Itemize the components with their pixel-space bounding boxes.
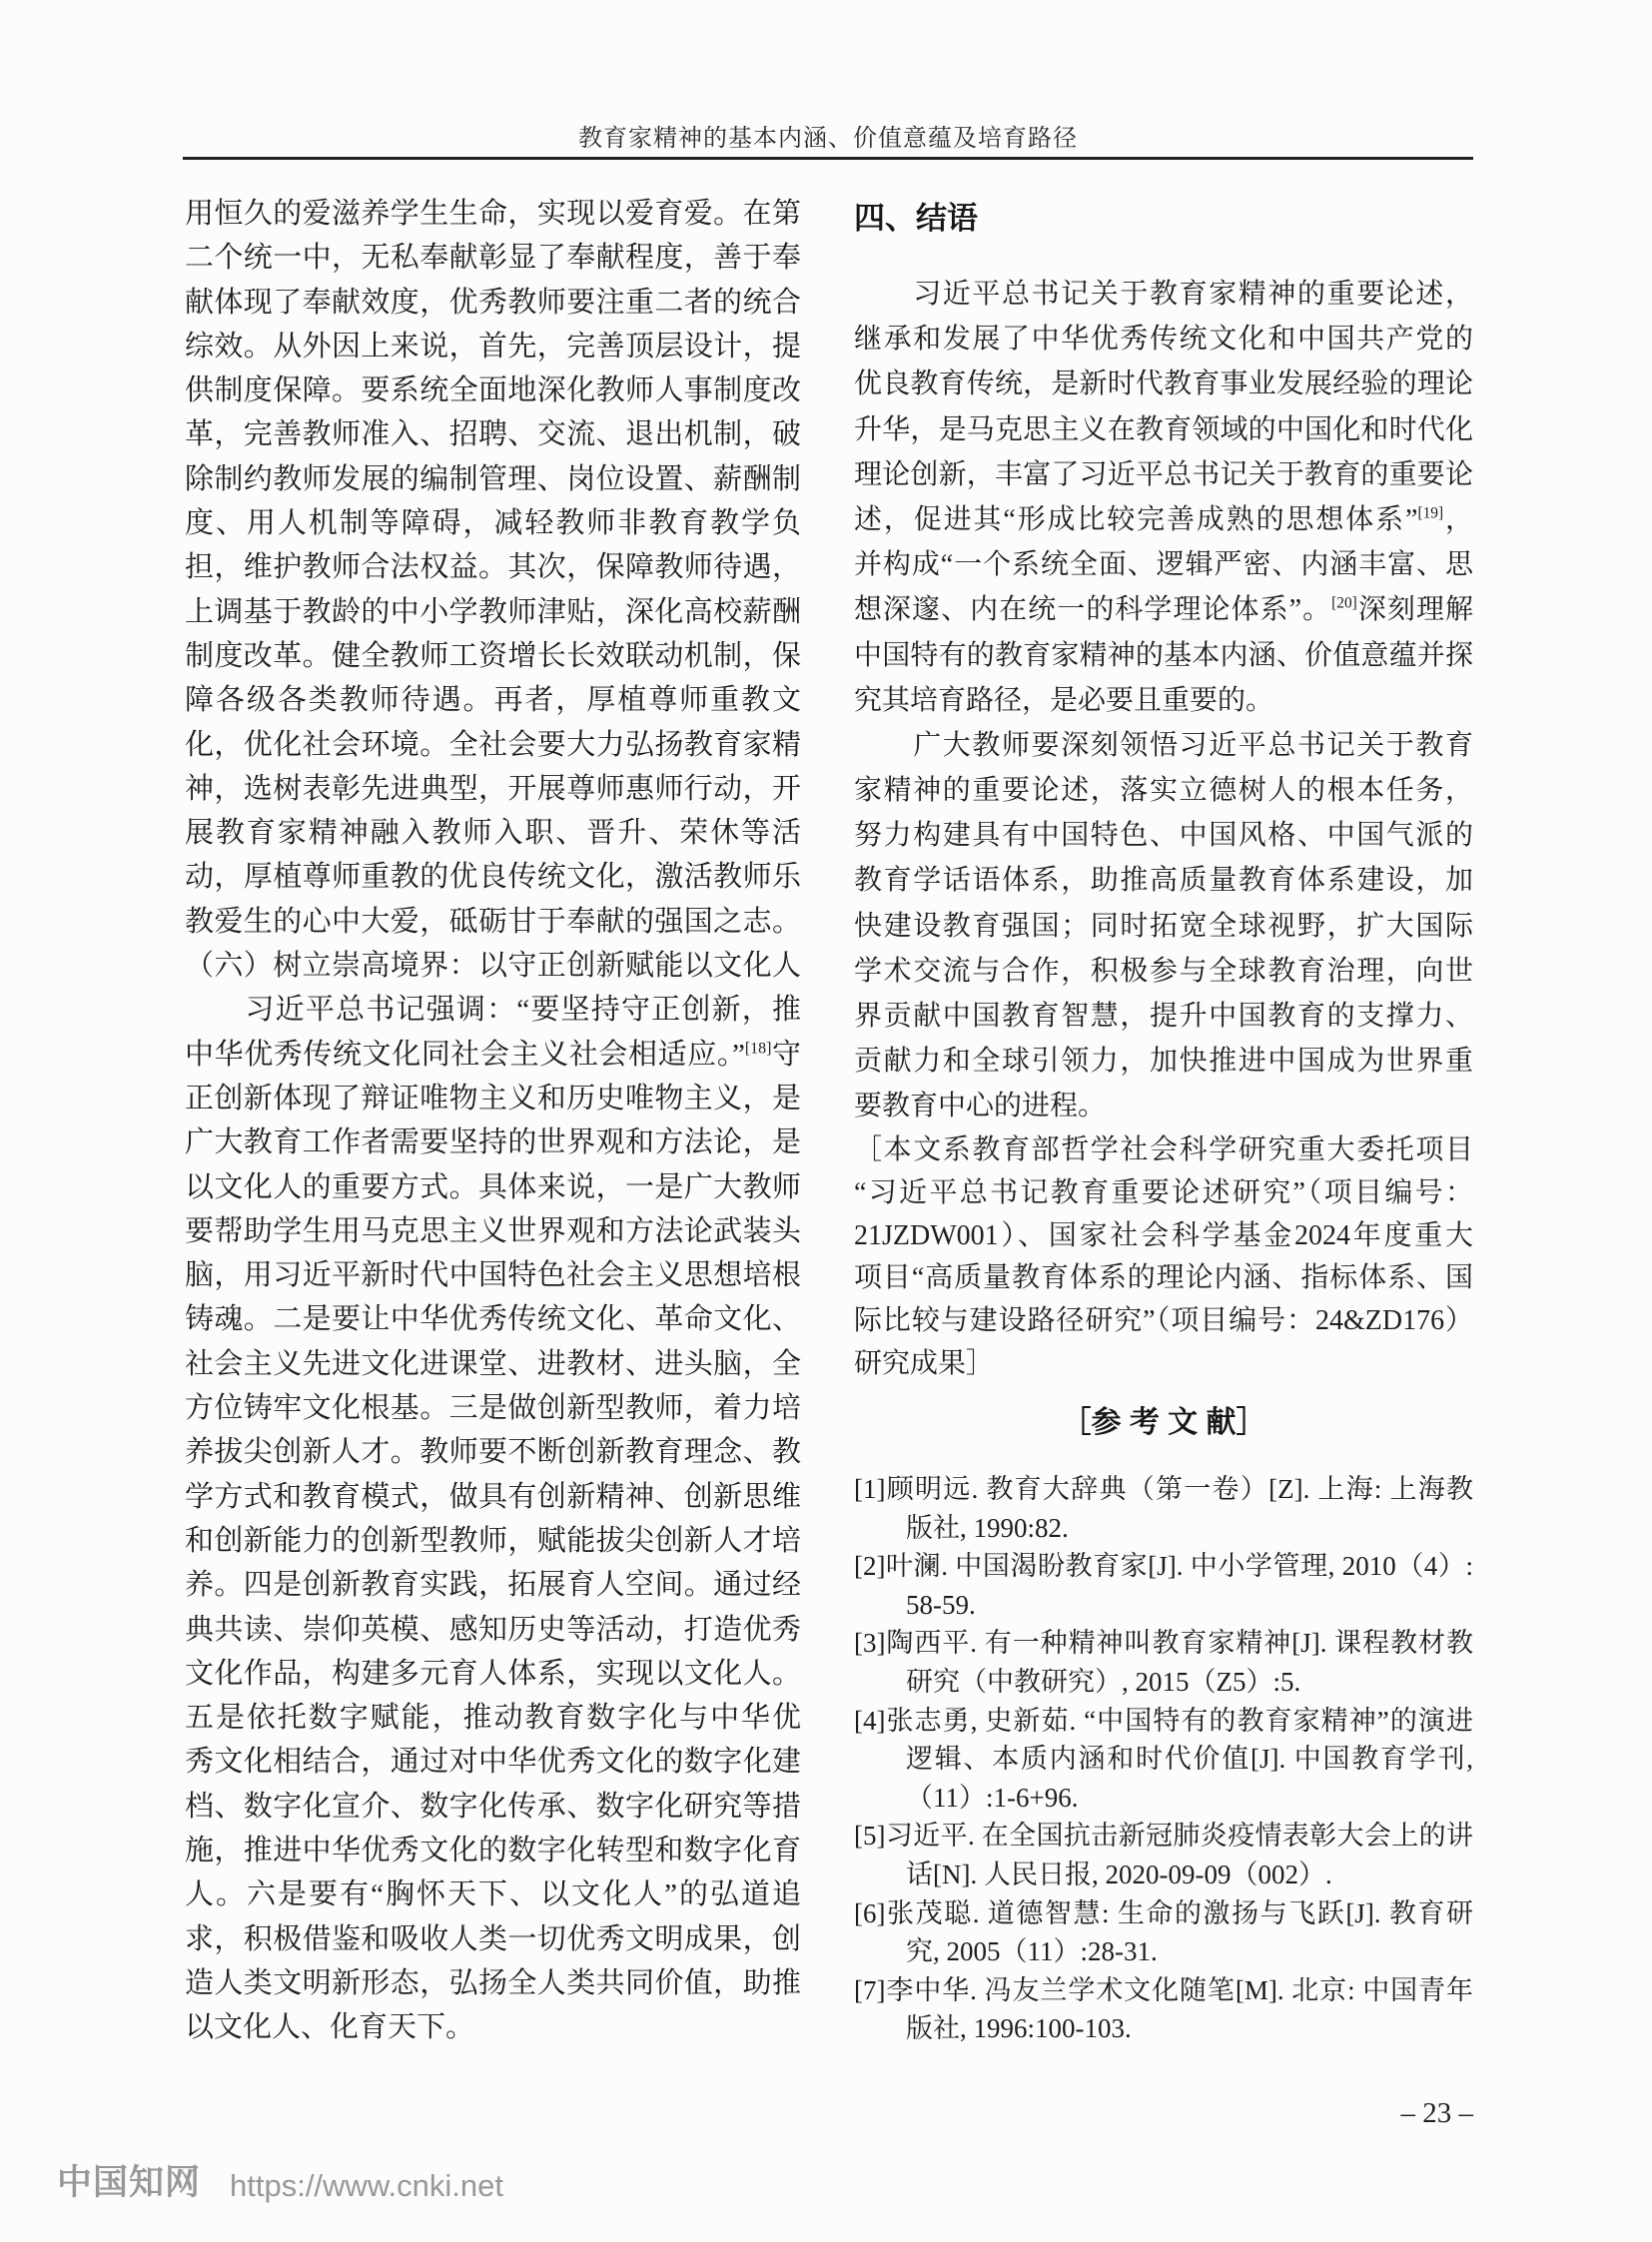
text-line: 上调基于教龄的中小学教师津贴，深化高校薪酬 bbox=[185, 590, 801, 634]
text-line: 际比较与建设路径研究”（项目编号：24&ZD176） bbox=[854, 1300, 1473, 1343]
text-line: 以文化人的重要方式。具体来说，一是广大教师 bbox=[185, 1165, 801, 1209]
reference-item: [1]顾明远. 教育大辞典（第一卷）[Z]. 上海: 上海教育出版社, 1990… bbox=[854, 1470, 1473, 1547]
text-line: 优良教育传统，是新时代教育事业发展经验的理论 bbox=[854, 362, 1473, 406]
text-line: 研究成果］ bbox=[854, 1343, 1473, 1386]
text-line: 革，完善教师准入、招聘、交流、退出机制，破 bbox=[185, 412, 801, 456]
text-line: 秀文化相结合，通过对中华优秀文化的数字化建 bbox=[185, 1740, 801, 1784]
reference-item: [2]叶澜. 中国渴盼教育家[J]. 中小学管理, 2010（4）:58-59. bbox=[854, 1547, 1473, 1624]
reference-item: [6]张茂聪. 道德智慧: 生命的激扬与飞跃[J]. 教育研究, 2005（11… bbox=[854, 1894, 1473, 1971]
text-line: 展教育家精神融入教师入职、晋升、荣休等活 bbox=[185, 811, 801, 855]
text-line: 以文化人、化育天下。 bbox=[185, 2005, 801, 2049]
left-paragraph-2: 习近平总书记强调：“要坚持守正创新，推动中华优秀传统文化同社会主义社会相适应。”… bbox=[185, 988, 801, 2049]
text-line: 中华优秀传统文化同社会主义社会相适应。”[18]守 bbox=[185, 1033, 801, 1077]
funding-note: ［本文系教育部哲学社会科学研究重大委托项目“习近平总书记教育重要论述研究”（项目… bbox=[854, 1129, 1473, 1386]
text-line: 教育学话语体系，助推高质量教育体系建设，加 bbox=[854, 858, 1473, 903]
text-line: 项目“高质量教育体系的理论内涵、指标体系、国 bbox=[854, 1257, 1473, 1300]
text-line: 习近平总书记强调：“要坚持守正创新，推动 bbox=[185, 988, 801, 1032]
text-line: 造人类文明新形态，弘扬全人类共同价值，助推 bbox=[185, 1961, 801, 2005]
text-line: “习近平总书记教育重要论述研究”（项目编号： bbox=[854, 1172, 1473, 1215]
text-line: 供制度保障。要系统全面地深化教师人事制度改 bbox=[185, 369, 801, 412]
text-line: 想深邃、内在统一的科学理论体系”。[20]深刻理解 bbox=[854, 587, 1473, 632]
text-line: 脑，用习近平新时代中国特色社会主义思想培根 bbox=[185, 1253, 801, 1297]
reference-line: [5]习近平. 在全国抗击新冠肺炎疫情表彰大会上的讲 bbox=[854, 1817, 1473, 1856]
text-line: 养拔尖创新人才。教师要不断创新教育理念、教 bbox=[185, 1430, 801, 1474]
text-line: 广大教师要深刻领悟习近平总书记关于教育 bbox=[854, 723, 1473, 768]
reference-line: 58-59. bbox=[854, 1586, 1473, 1625]
text-line: 人。六是要有“胸怀天下、以文化人”的弘道追 bbox=[185, 1872, 801, 1916]
reference-line: 逻辑、本质内涵和时代价值[J]. 中国教育学刊, 2023 bbox=[854, 1740, 1473, 1779]
text-line: 铸魂。二是要让中华优秀传统文化、革命文化、 bbox=[185, 1297, 801, 1341]
reference-line: [6]张茂聪. 道德智慧: 生命的激扬与飞跃[J]. 教育研 bbox=[854, 1894, 1473, 1933]
text-line: 快建设教育强国；同时拓宽全球视野，扩大国际 bbox=[854, 904, 1473, 949]
text-line: 学术交流与合作，积极参与全球教育治理，向世 bbox=[854, 949, 1473, 994]
text-line: 文化作品，构建多元育人体系，实现以文化人。 bbox=[185, 1652, 801, 1696]
text-line: 要教育中心的进程。 bbox=[854, 1084, 1473, 1128]
reference-line: 究, 2005（11）:28-31. bbox=[854, 1932, 1473, 1971]
text-line: 并构成“一个系统全面、逻辑严密、内涵丰富、思 bbox=[854, 542, 1473, 587]
cnki-url: https://www.cnki.net bbox=[230, 2167, 503, 2205]
text-line: 和创新能力的创新型教师，赋能拔尖创新人才培 bbox=[185, 1519, 801, 1563]
page-number: – 23 – bbox=[1174, 2093, 1473, 2133]
reference-line: [7]李中华. 冯友兰学术文化随笔[M]. 北京: 中国青年出 bbox=[854, 1971, 1473, 2010]
header-divider bbox=[183, 157, 1473, 160]
left-paragraph-1: 用恒久的爱滋养学生生命，实现以爱育爱。在第二个统一中，无私奉献彰显了奉献程度，善… bbox=[185, 192, 801, 944]
text-line: 除制约教师发展的编制管理、岗位设置、薪酬制 bbox=[185, 457, 801, 501]
text-line: 习近平总书记关于教育家精神的重要论述， bbox=[854, 272, 1473, 317]
reference-item: [5]习近平. 在全国抗击新冠肺炎疫情表彰大会上的讲话[N]. 人民日报, 20… bbox=[854, 1817, 1473, 1893]
reference-line: [1]顾明远. 教育大辞典（第一卷）[Z]. 上海: 上海教育出 bbox=[854, 1470, 1473, 1509]
reference-line: 研究（中教研究）, 2015（Z5）:5. bbox=[854, 1663, 1473, 1702]
running-title: 教育家精神的基本内涵、价值意蕴及培育路径 bbox=[183, 122, 1473, 156]
reference-line: 版社, 1996:100-103. bbox=[854, 2009, 1473, 2048]
reference-item: [7]李中华. 冯友兰学术文化随笔[M]. 北京: 中国青年出版社, 1996:… bbox=[854, 1971, 1473, 2048]
text-line: 综效。从外因上来说，首先，完善顶层设计，提 bbox=[185, 325, 801, 369]
text-line: 究其培育路径，是必要且重要的。 bbox=[854, 678, 1473, 723]
reference-line: [3]陶西平. 有一种精神叫教育家精神[J]. 课程教材教学 bbox=[854, 1624, 1473, 1663]
text-line: 求，积极借鉴和吸收人类一切优秀文明成果，创 bbox=[185, 1917, 801, 1961]
text-line: 化，优化社会环境。全社会要大力弘扬教育家精 bbox=[185, 723, 801, 767]
text-line: 家精神的重要论述，落实立德树人的根本任务， bbox=[854, 768, 1473, 813]
text-line: 广大教育工作者需要坚持的世界观和方法论，是 bbox=[185, 1121, 801, 1164]
text-line: 界贡献中国教育智慧，提升中国教育的支撑力、 bbox=[854, 994, 1473, 1039]
text-line: 五是依托数字赋能，推动教育数字化与中华优 bbox=[185, 1696, 801, 1740]
text-line: 教爱生的心中大爱，砥砺甘于奉献的强国之志。 bbox=[185, 900, 801, 944]
section-heading-six: （六）树立崇高境界：以守正创新赋能以文化人 bbox=[185, 944, 801, 988]
text-line: 要帮助学生用马克思主义世界观和方法论武装头 bbox=[185, 1209, 801, 1253]
reference-line: [4]张志勇, 史新茹. “中国特有的教育家精神”的演进 bbox=[854, 1702, 1473, 1741]
text-line: 献体现了奉献效度，优秀教师要注重二者的统合 bbox=[185, 281, 801, 325]
text-line: 学方式和教育模式，做具有创新精神、创新思维 bbox=[185, 1475, 801, 1519]
reference-item: [4]张志勇, 史新茹. “中国特有的教育家精神”的演进逻辑、本质内涵和时代价值… bbox=[854, 1702, 1473, 1818]
text-line: 制度改革。健全教师工资增长长效联动机制，保 bbox=[185, 634, 801, 678]
text-line: 21JZDW001）、国家社会科学基金2024年度重大 bbox=[854, 1215, 1473, 1258]
reference-line: 版社, 1990:82. bbox=[854, 1509, 1473, 1548]
text-line: 典共读、崇仰英模、感知历史等活动，打造优秀 bbox=[185, 1608, 801, 1652]
paper-page: 教育家精神的基本内涵、价值意蕴及培育路径 用恒久的爱滋养学生生命，实现以爱育爱。… bbox=[0, 0, 1652, 2242]
text-line: 度、用人机制等障碍，减轻教师非教育教学负 bbox=[185, 501, 801, 545]
text-line: 升华，是马克思主义在教育领域的中国化和时代化 bbox=[854, 407, 1473, 452]
conclusion-paragraph-2: 广大教师要深刻领悟习近平总书记关于教育家精神的重要论述，落实立德树人的根本任务，… bbox=[854, 723, 1473, 1129]
reference-line: [2]叶澜. 中国渴盼教育家[J]. 中小学管理, 2010（4）: bbox=[854, 1547, 1473, 1586]
text-line: ［本文系教育部哲学社会科学研究重大委托项目 bbox=[854, 1129, 1473, 1172]
reference-line: 话[N]. 人民日报, 2020-09-09（002）. bbox=[854, 1856, 1473, 1894]
reference-line: （11）:1-6+96. bbox=[854, 1779, 1473, 1818]
text-line: 施，推进中华优秀文化的数字化转型和数字化育 bbox=[185, 1829, 801, 1872]
cnki-logo: 中国知网 bbox=[57, 2162, 201, 2204]
text-line: 继承和发展了中华优秀传统文化和中国共产党的 bbox=[854, 317, 1473, 362]
text-line: 动，厚植尊师重教的优良传统文化，激活教师乐 bbox=[185, 855, 801, 899]
text-line: 贡献力和全球引领力，加快推进中国成为世界重 bbox=[854, 1039, 1473, 1084]
text-line: 担，维护教师合法权益。其次，保障教师待遇， bbox=[185, 545, 801, 589]
text-line: 障各级各类教师待遇。再者，厚植尊师重教文 bbox=[185, 678, 801, 722]
left-column: 用恒久的爱滋养学生生命，实现以爱育爱。在第二个统一中，无私奉献彰显了奉献程度，善… bbox=[185, 192, 801, 2049]
right-column: 四、结语 习近平总书记关于教育家精神的重要论述，继承和发展了中华优秀传统文化和中… bbox=[854, 198, 1473, 1129]
text-line: 理论创新，丰富了习近平总书记关于教育的重要论 bbox=[854, 452, 1473, 497]
conclusion-heading: 四、结语 bbox=[854, 198, 1473, 240]
text-line: 二个统一中，无私奉献彰显了奉献程度，善于奉 bbox=[185, 236, 801, 280]
text-line: 社会主义先进文化进课堂、进教材、进头脑，全 bbox=[185, 1342, 801, 1386]
conclusion-paragraph-1: 习近平总书记关于教育家精神的重要论述，继承和发展了中华优秀传统文化和中国共产党的… bbox=[854, 272, 1473, 723]
text-line: 努力构建具有中国特色、中国风格、中国气派的 bbox=[854, 813, 1473, 858]
text-line: 中国特有的教育家精神的基本内涵、价值意蕴并探 bbox=[854, 633, 1473, 678]
text-line: 方位铸牢文化根基。三是做创新型教师，着力培 bbox=[185, 1386, 801, 1430]
text-line: 正创新体现了辩证唯物主义和历史唯物主义，是 bbox=[185, 1077, 801, 1121]
text-line: 养。四是创新教育实践，拓展育人空间。通过经 bbox=[185, 1563, 801, 1607]
references-heading: ［参 考 文 献］ bbox=[854, 1402, 1473, 1444]
text-line: 述，促进其“形成比较完善成熟的思想体系”[19]， bbox=[854, 497, 1473, 542]
reference-item: [3]陶西平. 有一种精神叫教育家精神[J]. 课程教材教学研究（中教研究）, … bbox=[854, 1624, 1473, 1701]
reference-list: [1]顾明远. 教育大辞典（第一卷）[Z]. 上海: 上海教育出版社, 1990… bbox=[854, 1470, 1473, 2048]
text-line: 神，选树表彰先进典型，开展尊师惠师行动，开 bbox=[185, 767, 801, 811]
text-line: 档、数字化宣介、数字化传承、数字化研究等措 bbox=[185, 1785, 801, 1829]
text-line: 用恒久的爱滋养学生生命，实现以爱育爱。在第 bbox=[185, 192, 801, 236]
